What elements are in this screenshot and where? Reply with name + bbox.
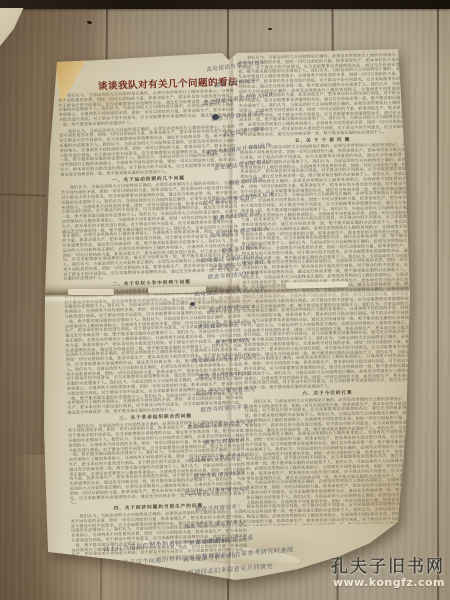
handwriting-line: 此处提法与事实有出入应再核对 xyxy=(209,224,269,238)
handwriting-line: 此处提法与事实有出入应再核对 xyxy=(224,125,264,137)
handwriting-line: 据查当时情况并非如此待进一步了解后再议 xyxy=(200,402,246,412)
handwriting-line: 据查当时情况并非如此待进一步了解后再议 xyxy=(215,335,251,345)
paper-stain xyxy=(370,110,414,220)
ink-blot xyxy=(212,114,219,120)
handwriting-line: 据查当时情况并非如此待进一步了解后再议 xyxy=(194,468,244,479)
handwriting-line: 此处提法与事实有出入应再核对 xyxy=(187,418,255,430)
handwriting-line: 据查当时情况并非如此待进一步了解后再议 xyxy=(199,369,251,380)
handwriting-line: 据查当时情况并非如此待进一步了解后再议 xyxy=(207,269,257,280)
handwriting-line: 据查当时情况并非如此待进一步了解后再议 xyxy=(213,208,261,221)
kongfz-watermark: 孔夫子旧书网 www.kongfz.com xyxy=(283,552,448,589)
handwriting-line: 据查当时情况并非如此待进一步了解后再议 xyxy=(195,502,239,512)
handwriting-line: 此处提法与事实有出入应再核对 xyxy=(203,190,275,206)
handwriting-line: 据查当时情况并非如此待进一步了解后再议 xyxy=(206,140,272,155)
ink-blot xyxy=(190,302,195,306)
handwriting-line: 此处提法与事实有出入应再核对 xyxy=(184,485,248,497)
handwriting-line: 据查当时情况并非如此待进一步了解后再议 xyxy=(228,175,262,186)
handwriting-line: 据查当时情况并非如此待进一步了解后再议 xyxy=(215,75,259,87)
crease-tear-patch xyxy=(68,289,114,295)
handwriting-line: 此处提法与事实有出入应再核对 xyxy=(192,352,258,364)
handwriting-line: 据查当时情况并非如此待进一步了解后再议 xyxy=(204,435,244,445)
handwriting-line: 此处提法与事实有出入应再核对 xyxy=(214,157,271,171)
document-sheet: 谈谈我队对有关几个问题的看法 我们认为，当前运动的大方向始终是正确的，必须坚决贯… xyxy=(40,40,418,588)
paper-stain xyxy=(80,80,136,120)
handwriting-line: 据查当时情况并非如此待进一步了解后再议 xyxy=(211,108,263,121)
document-sheet-wrapper: 谈谈我队对有关几个问题的看法 我们认为，当前运动的大方向始终是正确的，必须坚决贯… xyxy=(0,0,450,600)
handwriting-line: 此处提法与事实有出入应再核对 xyxy=(198,319,256,330)
handwriting-line: 此处提法与事实有出入应再核对 xyxy=(189,452,247,463)
handwriting-line: 此处提法与事实有出入应再核对 xyxy=(184,518,244,529)
handwriting-line: 据查当时情况并非如此待进一步了解后再议 xyxy=(209,302,253,312)
kongfz-watermark-url: www.kongfz.com xyxy=(283,576,445,589)
kongfz-watermark-name: 孔夫子旧书网 xyxy=(283,552,445,577)
handwriting-line: 此处提法与事实有出入应再核对 xyxy=(203,90,273,106)
handwritten-annotations-top: 此处提法与事实有出入应再核对 据查当时情况并非如此待进一步了解后再议 此处提法与… xyxy=(201,53,310,282)
handwriting-line: 此处提法与事实有出入应再核对 xyxy=(194,285,264,297)
handwriting-line: 此处提法与事实有出入应再核对 xyxy=(195,385,255,396)
